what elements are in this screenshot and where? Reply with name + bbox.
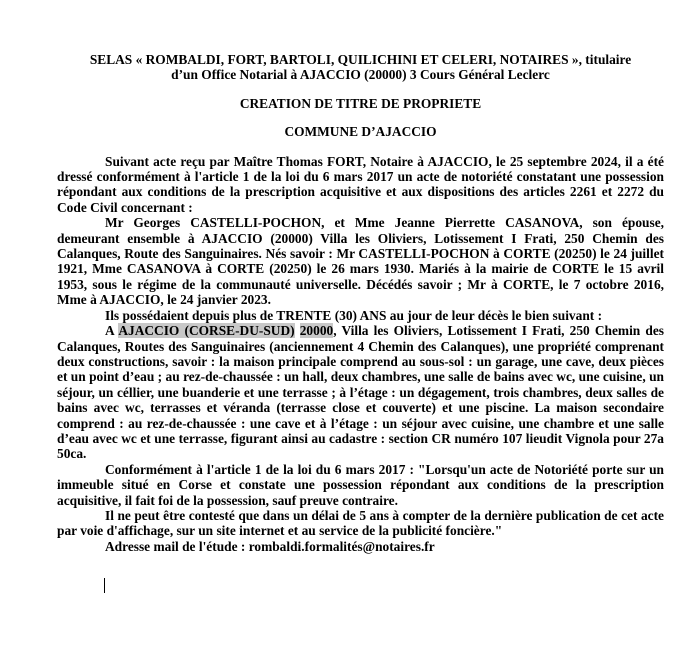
- document-page: SELAS « ROMBALDI, FORT, BARTOLI, QUILICH…: [57, 52, 664, 554]
- paragraph-loi: Conformément à l'article 1 de la loi du …: [57, 462, 664, 508]
- document-body[interactable]: Suivant acte reçu par Maître Thomas FORT…: [57, 154, 664, 555]
- text-cursor: [104, 578, 105, 593]
- bien-prefix: A: [105, 323, 118, 338]
- header-line-2: d’un Office Notarial à AJACCIO (20000) 3…: [57, 67, 664, 82]
- bien-description: , Villa les Oliviers, Lotissement I Frat…: [57, 323, 664, 461]
- paragraph-acte: Suivant acte reçu par Maître Thomas FORT…: [57, 154, 664, 216]
- paragraph-contestation: Il ne peut être contesté que dans un dél…: [57, 508, 664, 539]
- bien-space: [295, 323, 300, 338]
- paragraph-bien: A AJACCIO (CORSE-DU-SUD) 20000, Villa le…: [57, 323, 664, 462]
- header-line-1: SELAS « ROMBALDI, FORT, BARTOLI, QUILICH…: [57, 52, 664, 67]
- highlighted-postcode: 20000: [300, 323, 333, 338]
- paragraph-possession: Ils possédaient depuis plus de TRENTE (3…: [57, 308, 664, 323]
- paragraph-email: Adresse mail de l'étude : rombaldi.forma…: [57, 539, 664, 554]
- highlighted-commune: AJACCIO (CORSE-DU-SUD): [118, 323, 294, 338]
- document-title: CREATION DE TITRE DE PROPRIETE: [57, 96, 664, 111]
- office-header: SELAS « ROMBALDI, FORT, BARTOLI, QUILICH…: [57, 52, 664, 83]
- commune-heading: COMMUNE D’AJACCIO: [57, 124, 664, 139]
- paragraph-proprietaires: Mr Georges CASTELLI-POCHON, et Mme Jeann…: [57, 215, 664, 307]
